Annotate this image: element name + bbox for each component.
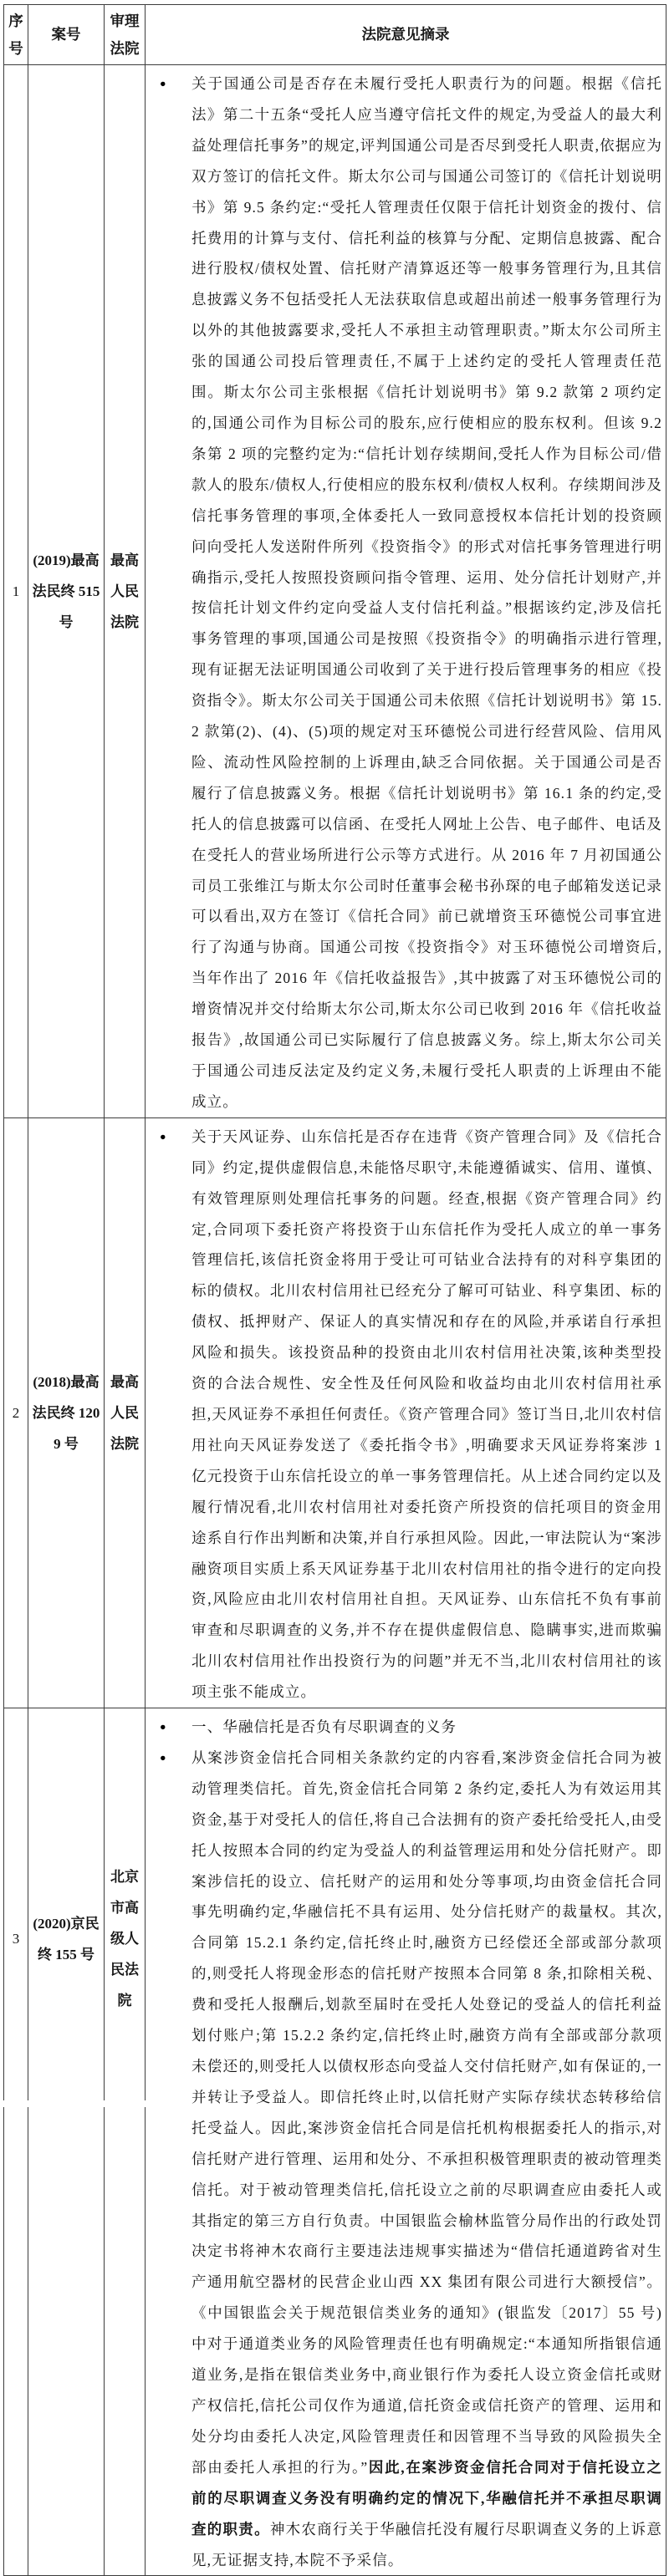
bullet-icon: ●	[160, 1122, 192, 1153]
opinion-bullet-item: ● 关于天风证券、山东信托是否存在违背《资产管理合同》及《信托合同》约定,提供虚…	[160, 1122, 662, 1708]
court-opinions-table: 序号 案号 审理法院 法院意见摘录 1 (2019)最高法民终 515 号 最高…	[3, 4, 666, 2576]
opinion-bullet-item: ● 关于国通公司是否存在未履行受托人职责行为的问题。根据《信托法》第二十五条“受…	[160, 69, 662, 1117]
opinion-text: 关于天风证券、山东信托是否存在违背《资产管理合同》及《信托合同》约定,提供虚假信…	[192, 1122, 662, 1708]
court-name: 北京市高级人民法院	[105, 1708, 146, 2576]
table-row: 3 (2020)京民终 155 号 北京市高级人民法院 ● 一、华融信托是否负有…	[4, 1708, 666, 2576]
opinion-bullet-item: ● 从案涉资金信托合同相关条款约定的内容看,案涉资金信托合同为被动管理类信托。首…	[160, 1743, 662, 2575]
opinion-text-part: 关于国通公司是否存在未履行受托人职责行为的问题。根据《信托法》第二十五条“受托人…	[192, 75, 662, 1110]
row-index: 2	[4, 1117, 28, 1708]
header-court: 审理法院	[105, 5, 146, 65]
opinion-text: 从案涉资金信托合同相关条款约定的内容看,案涉资金信托合同为被动管理类信托。首先,…	[192, 1743, 662, 2575]
header-case-number: 案号	[28, 5, 105, 65]
row-index: 1	[4, 65, 28, 1118]
opinion-text-part: 一、华融信托是否负有尽职调查的义务	[192, 1718, 457, 1735]
header-opinion: 法院意见摘录	[146, 5, 666, 65]
page-break-gap	[0, 2100, 151, 2107]
header-row: 序号 案号 审理法院 法院意见摘录	[4, 5, 666, 65]
table-row: 1 (2019)最高法民终 515 号 最高人民法院 ● 关于国通公司是否存在未…	[4, 65, 666, 1118]
opinion-cell: ● 关于国通公司是否存在未履行受托人职责行为的问题。根据《信托法》第二十五条“受…	[146, 65, 666, 1118]
opinion-bullet-item: ● 一、华融信托是否负有尽职调查的义务	[160, 1712, 662, 1743]
court-name: 最高人民法院	[105, 1117, 146, 1708]
bullet-icon: ●	[160, 69, 192, 99]
opinion-text-part: 从案涉资金信托合同相关条款约定的内容看,案涉资金信托合同为被动管理类信托。首先,…	[192, 1749, 662, 2476]
opinion-cell: ● 关于天风证券、山东信托是否存在违背《资产管理合同》及《信托合同》约定,提供虚…	[146, 1117, 666, 1708]
row-index: 3	[4, 1708, 28, 2576]
header-index: 序号	[4, 5, 28, 65]
bullet-icon: ●	[160, 1743, 192, 1774]
court-name: 最高人民法院	[105, 65, 146, 1118]
case-number: (2020)京民终 155 号	[28, 1708, 105, 2576]
opinion-text: 关于国通公司是否存在未履行受托人职责行为的问题。根据《信托法》第二十五条“受托人…	[192, 69, 662, 1117]
table-row: 2 (2018)最高法民终 1209 号 最高人民法院 ● 关于天风证券、山东信…	[4, 1117, 666, 1708]
opinion-text: 一、华融信托是否负有尽职调查的义务	[192, 1712, 662, 1743]
case-number: (2018)最高法民终 1209 号	[28, 1117, 105, 1708]
document-page: { "list_marker": "●", "table": { "header…	[0, 0, 669, 2487]
opinion-text-part: 关于天风证券、山东信托是否存在违背《资产管理合同》及《信托合同》约定,提供虚假信…	[192, 1128, 662, 1700]
bullet-icon: ●	[160, 1712, 192, 1743]
opinion-cell: ● 一、华融信托是否负有尽职调查的义务 ● 从案涉资金信托合同相关条款约定的内容…	[146, 1708, 666, 2576]
case-number: (2019)最高法民终 515 号	[28, 65, 105, 1118]
